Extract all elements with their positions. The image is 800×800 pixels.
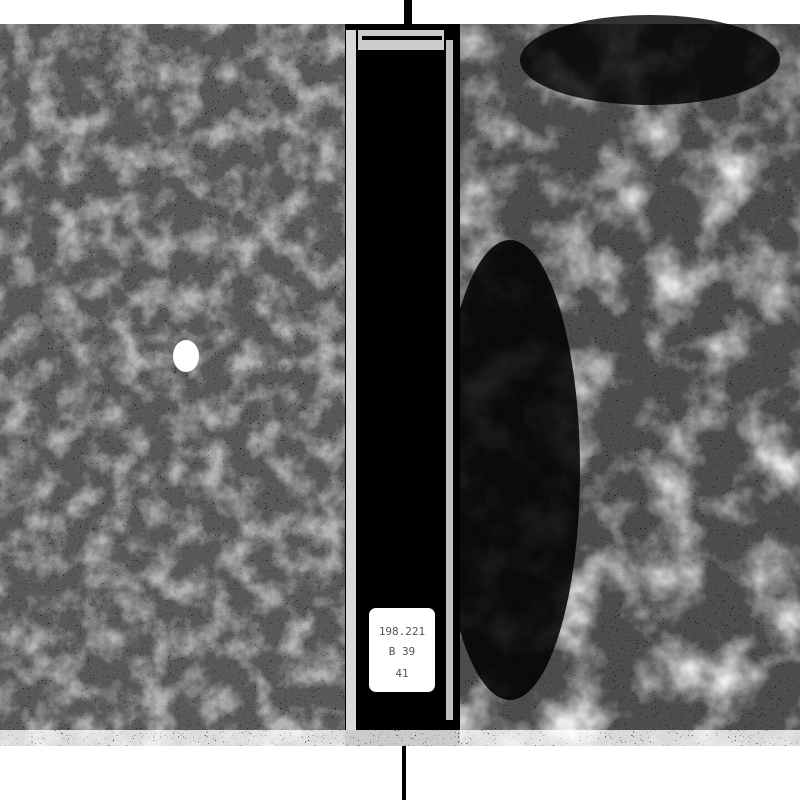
book-cover-scan: 198.221 B 39 41: [0, 0, 800, 800]
call-number-line-2: B 39: [369, 646, 435, 657]
call-number-line-3: 41: [369, 668, 435, 679]
spine-call-number-label: 198.221 B 39 41: [369, 608, 435, 692]
call-number-line-1: 198.221: [369, 626, 435, 637]
